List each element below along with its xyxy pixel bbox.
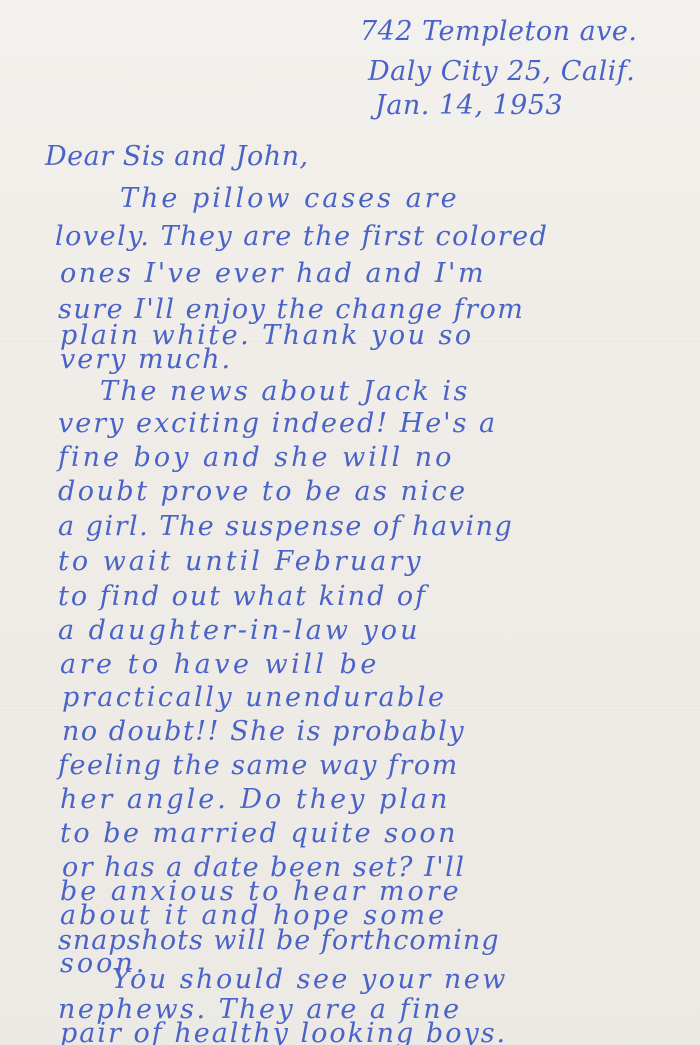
letter-line: lovely. They are the first colored [55,223,548,250]
letter-line: practically unendurable [62,684,446,711]
letter-page: 742 Templeton ave. Daly City 25, Calif. … [0,0,700,1045]
letter-line: a daughter-in-law you [58,617,420,644]
letter-line: ones I've ever had and I'm [60,260,486,287]
letter-line: a girl. The suspense of having [58,513,513,540]
letter-line: her angle. Do they plan [60,786,450,813]
letter-line: You should see your new [112,966,508,993]
letter-line: to be married quite soon [60,820,458,847]
letter-line: feeling the same way from [58,752,459,779]
letter-line: very exciting indeed! He's a [58,410,497,437]
letter-line: fine boy and she will no [58,444,454,471]
letter-line: are to have will be [60,651,380,678]
letter-line: The news about Jack is [100,378,470,405]
letter-line: no doubt!! She is probably [62,718,465,745]
letter-line: sure I'll enjoy the change from [58,296,524,323]
letter-line: doubt prove to be as nice [58,478,468,505]
letter-line: to find out what kind of [58,583,427,610]
letter-line: pair of healthy looking boys. [60,1020,507,1045]
letter-line: very much. [60,346,232,373]
letter-line: The pillow cases are [120,185,460,212]
letter-body: Dear Sis and John, The pillow cases are … [0,0,700,1045]
salutation: Dear Sis and John, [45,143,309,170]
letter-line: to wait until February [58,548,424,575]
